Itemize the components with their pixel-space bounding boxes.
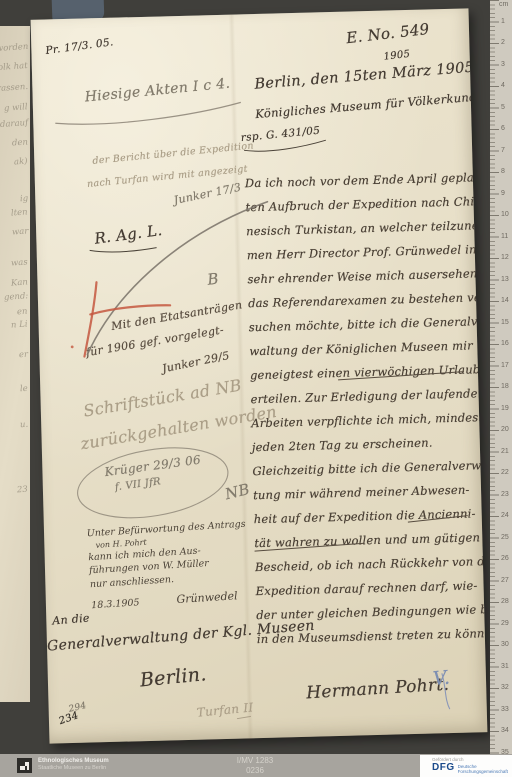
ruler-number: 25: [501, 534, 509, 541]
ruler-number: 28: [501, 598, 509, 605]
page-edge-fragment: olk hat: [0, 61, 28, 73]
ruler-number: 23: [501, 491, 509, 498]
ruler-number: 24: [501, 512, 509, 519]
archival-scan: wordenolk hatrassen.g willdaraufdenak)ig…: [0, 0, 512, 777]
dfg-name-line2: Forschungsgemeinschaft: [458, 769, 508, 774]
photo-ruler: cm 1234567891011121314151617181920212223…: [490, 0, 512, 777]
previous-page-edge: wordenolk hatrassen.g willdaraufdenak)ig…: [0, 26, 30, 702]
ruler-number: 7: [501, 147, 505, 154]
ruler-number: 27: [501, 577, 509, 584]
ruler-number: 18: [501, 383, 509, 390]
handwritten-strokes: [31, 8, 488, 743]
ruler-number: 22: [501, 469, 509, 476]
scan-reference-block: I/MV 1283 0236: [237, 756, 273, 776]
ruler-number: 1: [501, 18, 505, 25]
document-page: E. No. 549 1905 Berlin, den 15ten März 1…: [31, 8, 488, 743]
ruler-number: 13: [501, 276, 509, 283]
ruler-number: 32: [501, 684, 509, 691]
pencil-curve-stroke: [84, 202, 272, 355]
image-number: 0236: [237, 766, 273, 776]
underline-reference: [244, 140, 326, 151]
museum-subtitle: Staatliche Museen zu Berlin: [38, 765, 109, 772]
page-edge-fragment: ak): [14, 157, 28, 168]
page-edge-fragment: gend:: [3, 291, 28, 303]
dfg-logo-patch: Gefördert durch DFG Deutsche Forschungsg…: [420, 755, 512, 777]
page-edge-fragment: darauf: [0, 118, 28, 130]
museum-logo-icon: [17, 758, 32, 773]
page-edge-fragment: Kan: [11, 277, 29, 288]
dfg-name: Deutsche Forschungsgemeinschaft: [458, 763, 508, 774]
ruler-unit-label: cm: [499, 1, 508, 8]
ruler-number: 19: [501, 405, 509, 412]
ruler-number: 33: [501, 706, 509, 713]
page-edge-fragment: lten: [11, 207, 28, 218]
underline-urlaub: [338, 372, 464, 380]
underline-anciennitaet-2: [254, 543, 364, 551]
page-edge-fragment: war: [11, 226, 28, 237]
page-edge-fragment: er: [19, 350, 29, 361]
ruler-number: 5: [501, 104, 505, 111]
museum-title: Ethnologisches Museum: [38, 758, 109, 765]
ruler-number: 34: [501, 727, 509, 734]
ruler-number: 21: [501, 448, 509, 455]
ruler-number: 4: [501, 82, 505, 89]
page-edge-fragment: den: [12, 137, 29, 148]
ruler-number: 12: [501, 254, 509, 261]
page-edge-fragment: u.: [19, 420, 28, 431]
page-edge-fragment: ig: [19, 194, 28, 205]
ruler-major-ticks: [490, 0, 499, 777]
ruler-number: 29: [501, 620, 509, 627]
page-edge-fragment: worden: [0, 42, 28, 54]
red-mark-vertical: [82, 282, 98, 356]
underline-turfan: [237, 716, 251, 718]
page-edge-fragment: g will: [4, 102, 28, 114]
ruler-number: 8: [501, 168, 505, 175]
ruler-number: 16: [501, 340, 509, 347]
page-edge-fragment: 23: [17, 485, 28, 496]
ruler-number: 14: [501, 297, 509, 304]
blue-approval-flourish: [442, 673, 450, 709]
scan-footer-bar: Ethnologisches Museum Staatliche Museen …: [0, 754, 512, 777]
page-edge-fragment: en: [17, 307, 28, 318]
ruler-number: 2: [501, 39, 505, 46]
signature-oval: [72, 438, 233, 528]
ruler-number: 11: [501, 233, 508, 240]
ruler-number: 3: [501, 61, 505, 68]
ruler-number: 30: [501, 641, 509, 648]
underline-registry-mark: [90, 248, 157, 253]
page-edge-fragment: rassen.: [0, 82, 28, 94]
dfg-logo: DFG: [432, 763, 455, 773]
red-dot: [71, 345, 74, 348]
page-edge-fragment: n Li: [11, 319, 28, 330]
museum-text-block: Ethnologisches Museum Staatliche Museen …: [38, 758, 109, 772]
ruler-number: 26: [501, 555, 509, 562]
ruler-number: 31: [501, 663, 509, 670]
page-edge-fragment: was: [11, 257, 28, 268]
red-mark-horizontal: [90, 305, 170, 314]
ruler-number: 15: [501, 319, 509, 326]
ruler-number: 9: [501, 190, 505, 197]
ruler-number: 17: [501, 362, 509, 369]
ruler-number: 6: [501, 125, 505, 132]
underline-anciennitaet-1: [408, 516, 468, 523]
ruler-number: 20: [501, 426, 509, 433]
ruler-number: 10: [501, 211, 509, 218]
page-edge-fragment: le: [20, 384, 28, 395]
archive-signature: I/MV 1283: [237, 756, 273, 766]
underline-file-reference: [55, 102, 241, 125]
